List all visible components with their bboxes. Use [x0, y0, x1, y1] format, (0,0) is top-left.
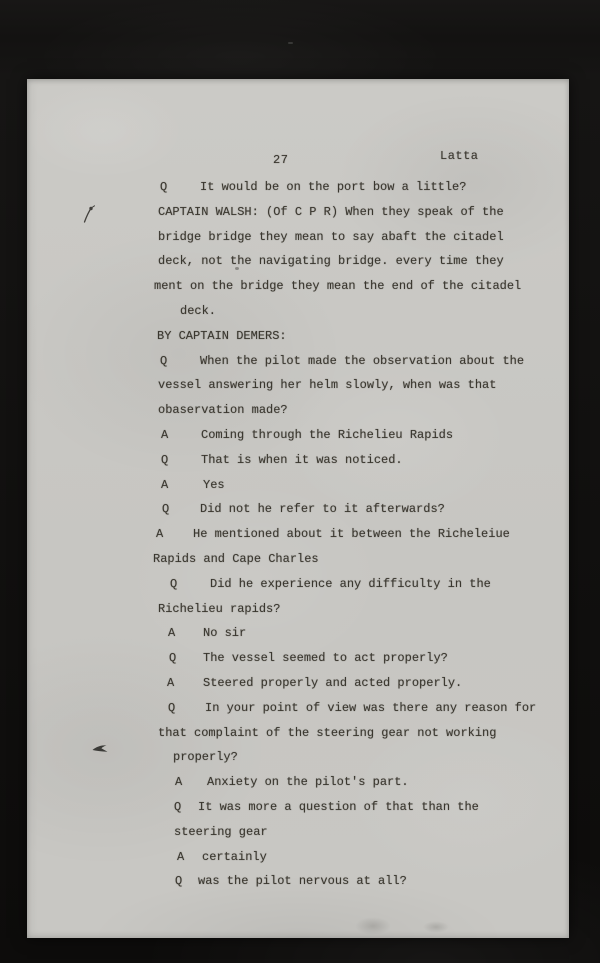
transcript-line: AHe mentioned about it between the Riche…: [156, 527, 510, 541]
transcript-line: Qwas the pilot nervous at all?: [175, 874, 407, 888]
transcript-line: QThat is when it was noticed.: [161, 453, 403, 467]
speaker-letter: Q: [175, 874, 198, 888]
transcript-line: deck.: [180, 304, 216, 318]
transcript-text: Anxiety on the pilot's part.: [207, 775, 409, 789]
speaker-letter: A: [161, 478, 203, 492]
transcript-line: QWhen the pilot made the observation abo…: [160, 354, 524, 368]
dust-speck: [288, 42, 293, 44]
transcript-line: AAnxiety on the pilot's part.: [175, 775, 409, 789]
transcript-text: Steered properly and acted properly.: [203, 676, 462, 690]
transcript-text: He mentioned about it between the Richel…: [193, 527, 510, 541]
speaker-letter: A: [161, 428, 201, 442]
scan-background: 27 Latta QIt would be on the port bow a …: [0, 0, 600, 963]
transcript-text: obaservation made?: [158, 403, 288, 417]
transcript-text: Coming through the Richelieu Rapids: [201, 428, 453, 442]
transcript-line: ASteered properly and acted properly.: [167, 676, 462, 690]
speaker-letter: A: [177, 850, 202, 864]
speaker-letter: Q: [170, 577, 210, 591]
transcript-line: QIt was more a question of that than the: [174, 800, 479, 814]
transcript-text: When the pilot made the observation abou…: [200, 354, 524, 368]
transcript-text: CAPTAIN WALSH: (Of C P R) When they spea…: [158, 205, 504, 219]
speaker-letter: Q: [161, 453, 201, 467]
transcript-line: QIn your point of view was there any rea…: [168, 701, 536, 715]
speaker-letter: Q: [174, 800, 198, 814]
speaker-letter: A: [156, 527, 193, 541]
speaker-letter: A: [175, 775, 207, 789]
transcript-text: ment on the bridge they mean the end of …: [154, 279, 521, 293]
transcript-text: deck.: [180, 304, 216, 318]
transcript-text: was the pilot nervous at all?: [198, 874, 407, 888]
transcript-text: That is when it was noticed.: [201, 453, 403, 467]
transcript-line: properly?: [173, 750, 238, 764]
speaker-letter: Q: [160, 180, 200, 194]
speaker-letter: A: [168, 626, 203, 640]
transcript-text: The vessel seemed to act properly?: [203, 651, 448, 665]
transcript-text: Did not he refer to it afterwards?: [200, 502, 445, 516]
transcript-line: deck, not the navigating bridge. every t…: [158, 254, 504, 268]
speaker-letter: Q: [169, 651, 203, 665]
document-page: 27 Latta QIt would be on the port bow a …: [27, 79, 569, 938]
speaker-letter: Q: [160, 354, 200, 368]
transcript-text: Rapids and Cape Charles: [153, 552, 319, 566]
transcript-line: Richelieu rapids?: [158, 602, 280, 616]
transcript-text: that complaint of the steering gear not …: [158, 726, 496, 740]
transcript-text: BY CAPTAIN DEMERS:: [157, 329, 287, 343]
transcript-text: Yes: [203, 478, 225, 492]
transcript-line: QThe vessel seemed to act properly?: [169, 651, 448, 665]
speaker-letter: A: [167, 676, 203, 690]
transcript-text: deck, not the navigating bridge. every t…: [158, 254, 504, 268]
transcript-line: Rapids and Cape Charles: [153, 552, 319, 566]
transcript-line: that complaint of the steering gear not …: [158, 726, 496, 740]
transcript-line: QDid he experience any difficulty in the: [170, 577, 491, 591]
transcript-line: AYes: [161, 478, 225, 492]
transcript-line: obaservation made?: [158, 403, 288, 417]
transcript-text: No sir: [203, 626, 246, 640]
transcript-line: Acertainly: [177, 850, 267, 864]
transcript-line: bridge bridge they mean to say abaft the…: [158, 230, 504, 244]
transcript-text: Richelieu rapids?: [158, 602, 280, 616]
transcript-text: steering gear: [174, 825, 268, 839]
transcript-line: ANo sir: [168, 626, 246, 640]
transcript-text: bridge bridge they mean to say abaft the…: [158, 230, 504, 244]
transcript-line: steering gear: [174, 825, 268, 839]
transcript-line: BY CAPTAIN DEMERS:: [157, 329, 287, 343]
transcript: QIt would be on the port bow a little?CA…: [27, 79, 569, 938]
transcript-text: vessel answering her helm slowly, when w…: [158, 378, 496, 392]
transcript-line: ment on the bridge they mean the end of …: [154, 279, 521, 293]
transcript-line: QDid not he refer to it afterwards?: [162, 502, 445, 516]
transcript-text: It would be on the port bow a little?: [200, 180, 466, 194]
transcript-text: Did he experience any difficulty in the: [210, 577, 491, 591]
transcript-text: properly?: [173, 750, 238, 764]
transcript-text: certainly: [202, 850, 267, 864]
speaker-letter: Q: [168, 701, 205, 715]
transcript-text: In your point of view was there any reas…: [205, 701, 536, 715]
speaker-letter: Q: [162, 502, 200, 516]
transcript-line: vessel answering her helm slowly, when w…: [158, 378, 496, 392]
transcript-text: It was more a question of that than the: [198, 800, 479, 814]
transcript-line: CAPTAIN WALSH: (Of C P R) When they spea…: [158, 205, 504, 219]
transcript-line: AComing through the Richelieu Rapids: [161, 428, 453, 442]
transcript-line: QIt would be on the port bow a little?: [160, 180, 466, 194]
